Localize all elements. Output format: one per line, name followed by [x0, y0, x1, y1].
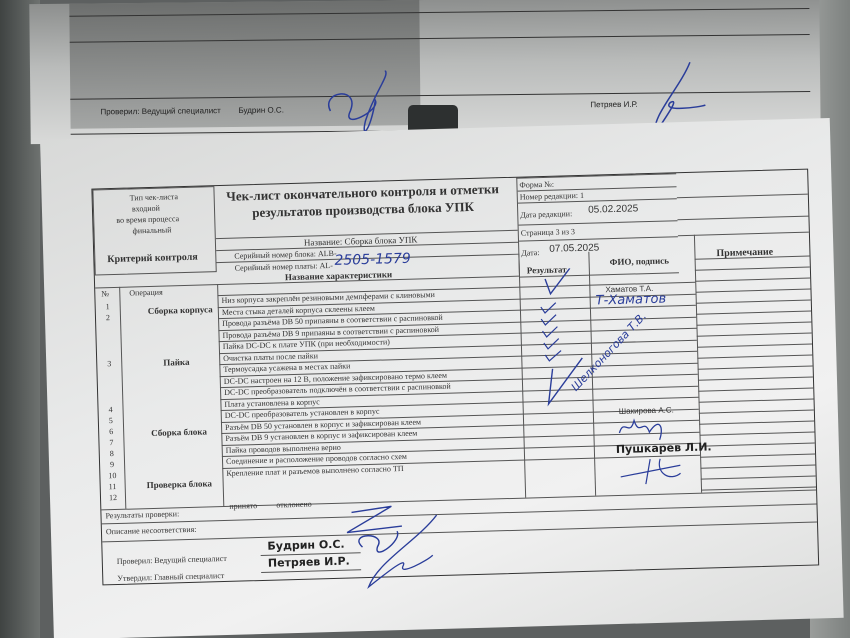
note-line — [696, 300, 811, 304]
col-signature: ФИО, подпись — [609, 255, 669, 267]
result-checkmarks-icon — [525, 268, 589, 410]
checked-by-label: Проверил: Ведущий специалист — [117, 554, 227, 566]
note-line — [697, 333, 812, 337]
characteristic-row: Крепление плат и разъемов выполнено согл… — [226, 463, 403, 477]
operation-housing: Сборка корпуса — [148, 304, 213, 316]
signature-pushkarev-icon — [620, 453, 691, 485]
note-line — [699, 431, 814, 435]
row-no-9: 9 — [110, 460, 114, 469]
prev-checked-name: Будрин О.С. — [238, 105, 284, 114]
type-option-final[interactable]: финальный — [132, 225, 171, 235]
note-line — [701, 475, 816, 479]
note-line — [698, 388, 813, 392]
operation-soldering: Пайка — [163, 357, 190, 368]
result-rejected[interactable]: отклонено — [276, 500, 312, 510]
revision-date-label: Дата редакции: — [520, 209, 572, 219]
col-operation: Операция — [129, 288, 163, 298]
nonconformity-label: Описание несоответствия: — [106, 525, 197, 537]
type-option-input[interactable]: входной — [132, 204, 160, 214]
table-line — [519, 220, 678, 225]
row-no-8: 8 — [110, 449, 114, 458]
signature-shakirova-icon — [614, 411, 675, 443]
results-label: Результаты проверки: — [105, 509, 179, 520]
approved-by-name: Петряев И.Р. — [268, 555, 350, 570]
note-line — [699, 409, 814, 413]
row-no-4: 4 — [108, 405, 112, 414]
criteria-label: Критерий контроля — [107, 252, 198, 266]
document-title: Чек-лист окончательного контроля и отмет… — [212, 180, 513, 222]
checklist-type-box: Тип чек-листа входной во время процесса … — [92, 186, 216, 275]
checklist-type-label: Тип чек-листа — [130, 192, 179, 202]
row-no-2: 2 — [106, 313, 110, 322]
approved-by-label: Утвердил: Главный специалист — [117, 571, 224, 583]
table-line — [678, 232, 809, 237]
date-label: Дата: — [521, 248, 539, 258]
operation-block-assembly: Сборка блока — [151, 426, 207, 438]
note-line — [699, 420, 814, 424]
row-no-3: 3 — [107, 359, 111, 368]
prev-checked-label: Проверил: Ведущий специалист — [100, 106, 220, 116]
note-line — [700, 453, 815, 457]
checklist-page: Тип чек-листа входной во время процесса … — [40, 118, 844, 638]
row-no-1: 1 — [106, 302, 110, 311]
note-line — [697, 355, 812, 359]
note-line — [700, 442, 815, 446]
table-line — [677, 194, 808, 199]
signature-petryaev-icon — [357, 510, 449, 592]
row-no-11: 11 — [109, 482, 117, 491]
table-line — [119, 287, 126, 509]
form-no-label: Форма №: — [519, 180, 554, 190]
type-option-process[interactable]: во время процесса — [116, 214, 179, 225]
note-line — [695, 278, 810, 282]
note-line — [696, 322, 811, 326]
note-line — [695, 256, 810, 260]
note-line — [698, 377, 813, 381]
note-line — [695, 267, 810, 271]
note-line — [700, 464, 815, 468]
col-no: № — [101, 289, 109, 298]
note-line — [698, 366, 813, 370]
revision-date-value: 05.02.2025 — [588, 203, 638, 215]
operation-block-check: Проверка блока — [147, 478, 213, 490]
note-line — [695, 289, 810, 293]
checked-by-name: Будрин О.С. — [267, 538, 345, 553]
revision-label: Номер редакции: 1 — [520, 191, 584, 202]
row-no-12: 12 — [109, 493, 117, 502]
row-no-10: 10 — [108, 471, 116, 480]
handwritten-khamatov: Т-Хаматов — [596, 292, 667, 309]
table-line — [519, 236, 678, 241]
row-no-6: 6 — [109, 427, 113, 436]
note-line — [696, 311, 811, 315]
checklist-form: Тип чек-листа входной во время процесса … — [91, 169, 819, 586]
note-line — [699, 399, 814, 403]
result-accepted[interactable]: принято — [229, 501, 257, 511]
date-value: 07.05.2025 — [549, 242, 599, 254]
table-line — [102, 521, 817, 542]
table-line — [677, 216, 808, 221]
row-no-7: 7 — [109, 438, 113, 447]
page-label: Страница 3 из 3 — [521, 227, 575, 238]
row-no-5: 5 — [109, 416, 113, 425]
note-line — [697, 344, 812, 348]
board-serial-value[interactable]: 2505-1579 — [334, 251, 411, 269]
